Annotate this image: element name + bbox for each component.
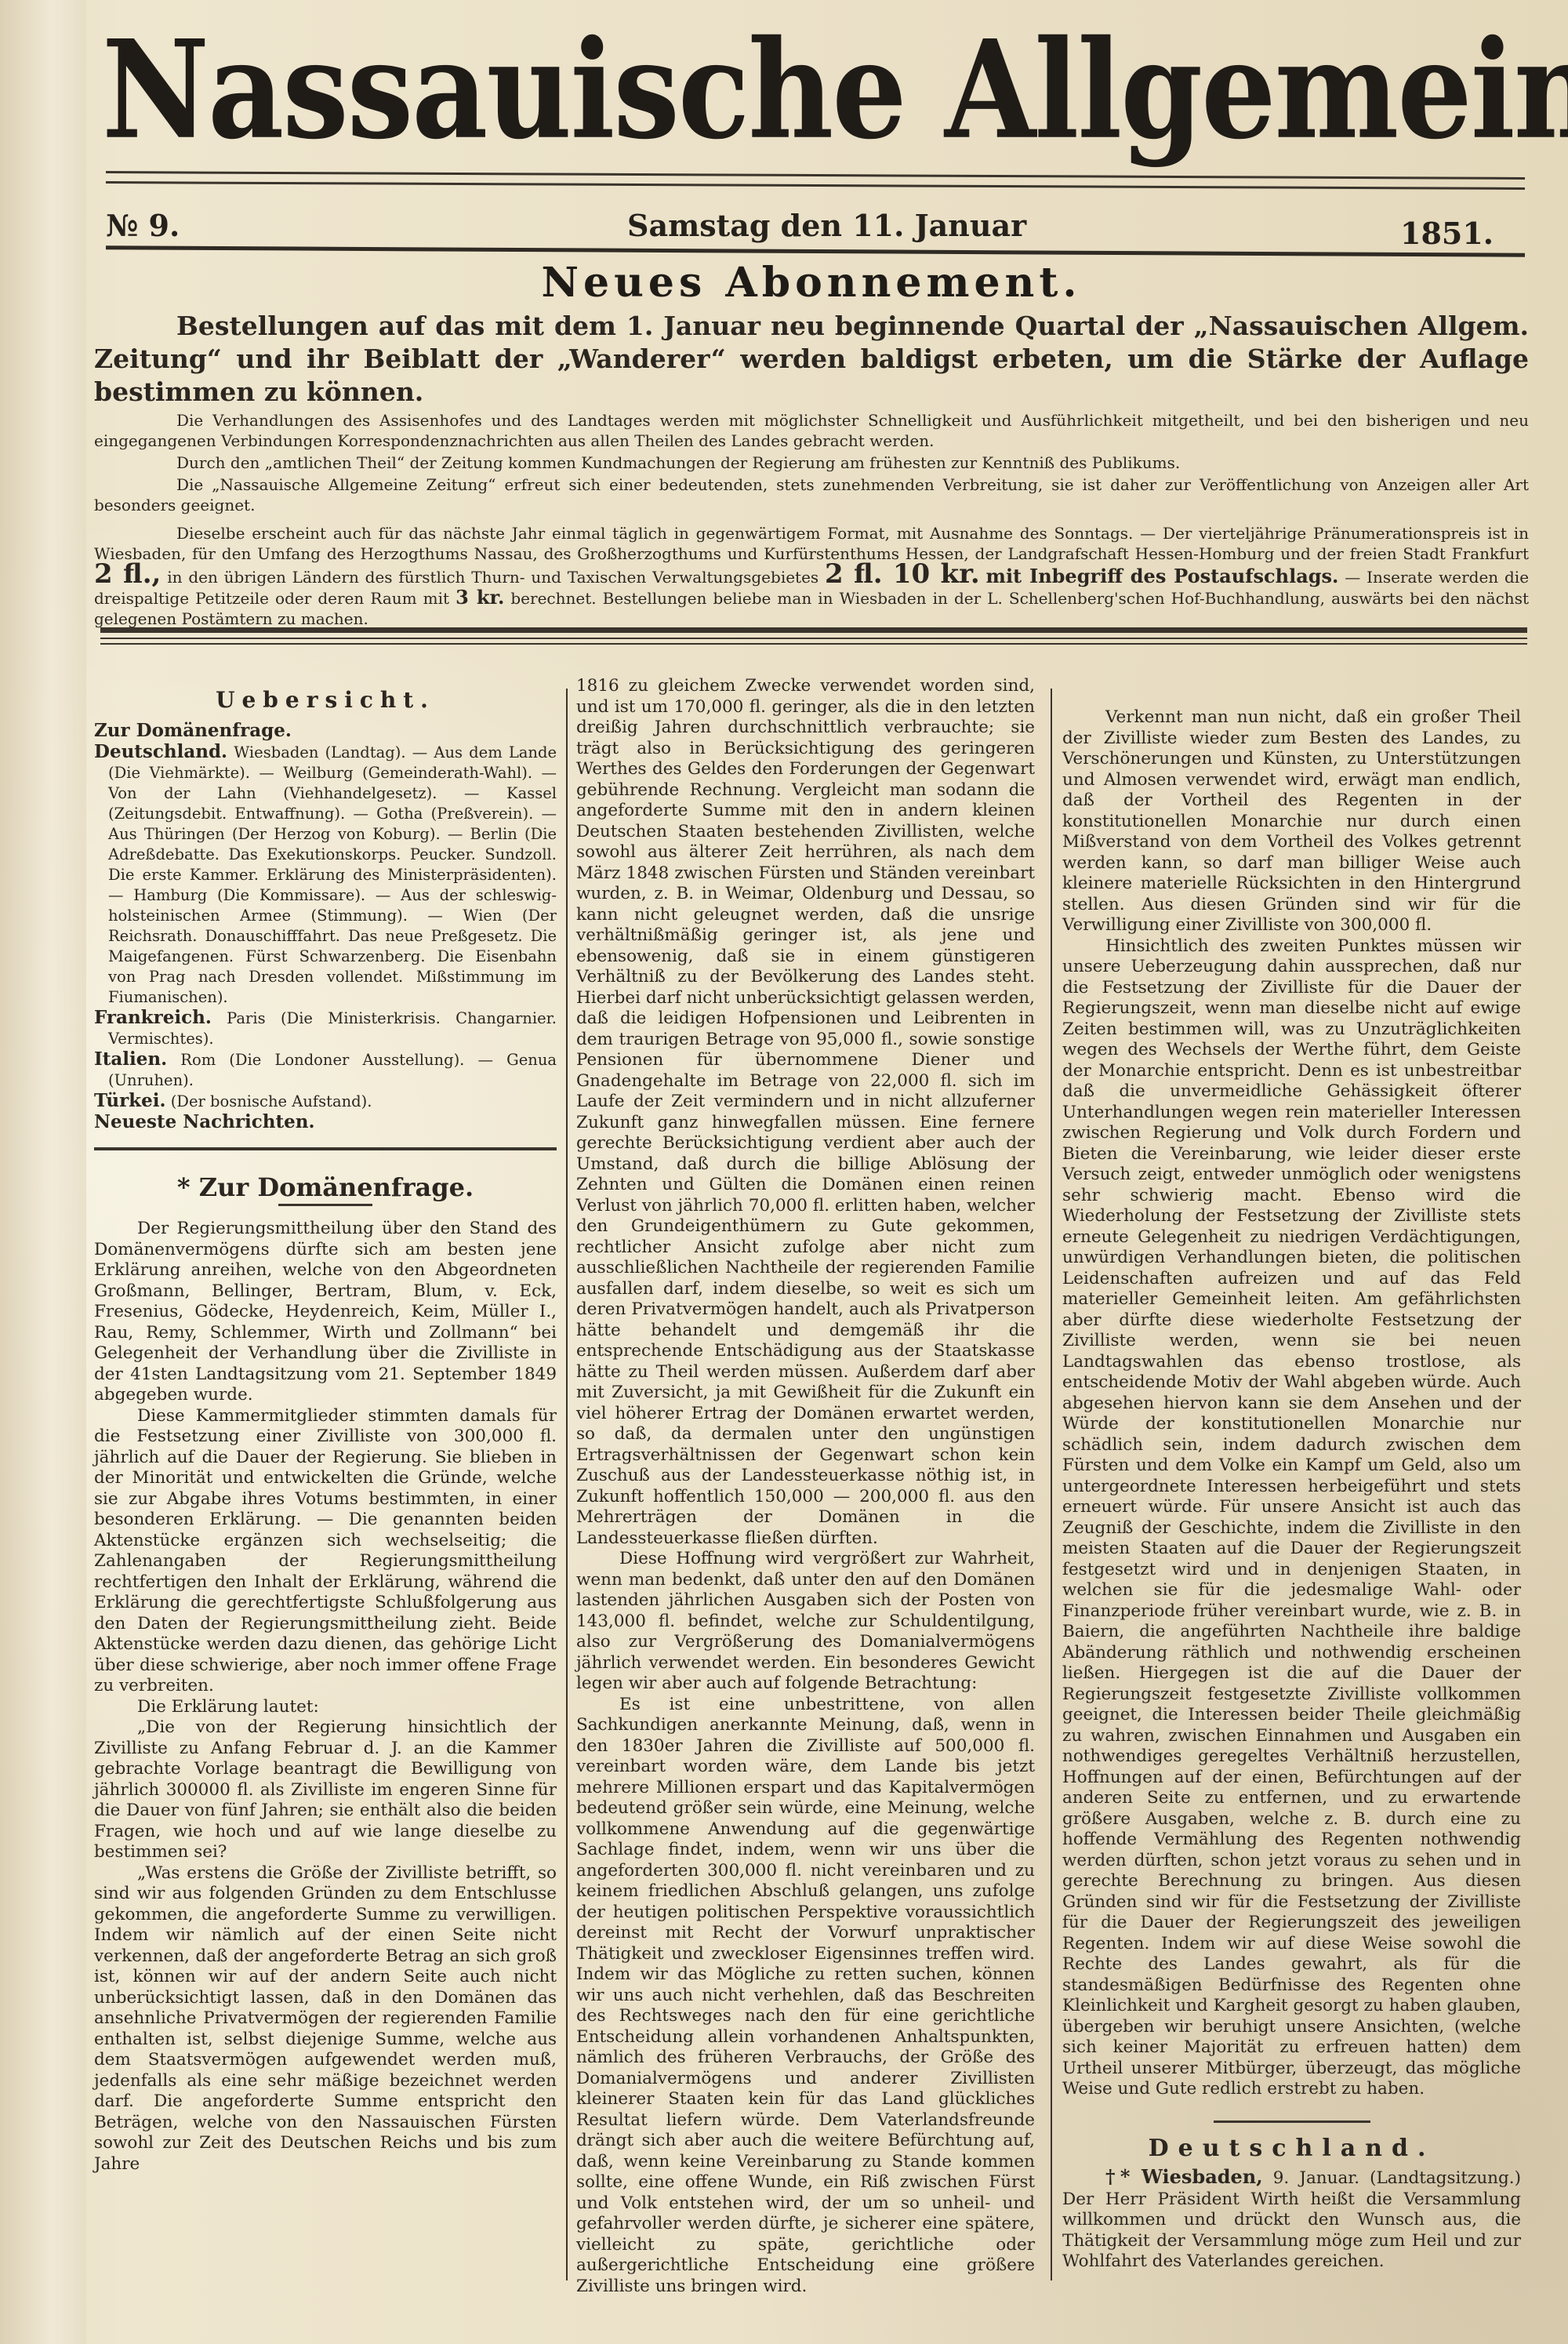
dispatch-location: †* Wiesbaden, xyxy=(1105,2165,1263,2188)
overview-item: Italien. Rom (Die Londoner Ausstellung).… xyxy=(94,1049,557,1091)
dispatch-date: 9. Januar. (Landtagsitzung.) xyxy=(1273,2168,1521,2188)
article-paragraph: Die Erklärung lautet: xyxy=(94,1697,557,1718)
dateline: № 9. Samstag den 11. Januar 1851. xyxy=(106,200,1525,247)
overview-item: Deutschland. Wiesbaden (Landtag). — Aus … xyxy=(94,742,557,1008)
subscription-paragraph: Durch den „amtlichen Theil“ der Zeitung … xyxy=(94,452,1529,473)
germany-heading: Deutschland. xyxy=(1062,2139,1521,2160)
overview-item: Frankreich. Paris (Die Ministerkrisis. C… xyxy=(94,1008,557,1049)
newspaper-title: Nassauische Allgemeine Zeitung. xyxy=(102,0,1568,185)
article-paragraph: 1816 zu gleichem Zwecke verwendet worden… xyxy=(576,676,1035,1549)
overview-divider xyxy=(94,1147,557,1150)
issue-date: Samstag den 11. Januar xyxy=(627,208,1026,243)
dateline-rule xyxy=(106,245,1525,256)
insert-price: 3 kr. xyxy=(456,586,504,609)
article-paragraph: Diese Hoffnung wird vergrößert zur Wahrh… xyxy=(576,1549,1035,1695)
overview-item: Neueste Nachrichten. xyxy=(94,1112,557,1133)
subscription-title: Neues Abonnement. xyxy=(94,259,1529,307)
issue-year: 1851. xyxy=(1400,216,1494,251)
subscription-price-paragraph: Dieselbe erscheint auch für das nächste … xyxy=(94,523,1529,629)
issue-number: № 9. xyxy=(106,208,180,243)
column-middle: 1816 zu gleichem Zwecke verwendet worden… xyxy=(576,676,1035,2297)
title-rule xyxy=(278,1204,372,1206)
column-left: Uebersicht. Zur Domänenfrage. Deutschlan… xyxy=(94,676,557,2175)
subscription-paragraph: Die Verhandlungen des Assisenhofes und d… xyxy=(94,410,1529,451)
column-right: Verkennt man nun nicht, daß ein großer T… xyxy=(1062,676,1521,2273)
article-paragraph: Verkennt man nun nicht, daß ein großer T… xyxy=(1062,707,1521,936)
dispatch-paragraph: †* Wiesbaden, 9. Januar. (Landtagsitzung… xyxy=(1062,2167,1521,2273)
article-paragraph: Diese Kammermitglieder stimmten damals f… xyxy=(94,1406,557,1697)
subscription-notice: Neues Abonnement. Bestellungen auf das m… xyxy=(94,259,1529,629)
article-end-rule xyxy=(1214,2121,1370,2123)
masthead: Nassauische Allgemeine Zeitung. xyxy=(102,8,1529,173)
newspaper-page: Nassauische Allgemeine Zeitung. № 9. Sam… xyxy=(0,0,1568,2344)
price-domestic: 2 fl., xyxy=(94,558,161,590)
column-rule xyxy=(566,689,568,2280)
article-paragraph: „Was erstens die Größe der Zivilliste be… xyxy=(94,1863,557,2175)
article-paragraph: Hinsichtlich des zweiten Punktes müssen … xyxy=(1062,936,1521,2100)
overview-heading: Uebersicht. xyxy=(94,690,557,711)
page-fold-shadow xyxy=(0,0,86,2344)
article-title: * Zur Domänenfrage. xyxy=(94,1177,557,1198)
column-rule xyxy=(1051,689,1052,2280)
subscription-paragraph: Die „Nassauische Allgemeine Zeitung“ erf… xyxy=(94,474,1529,515)
article-paragraph: „Die von der Regierung hinsichtlich der … xyxy=(94,1717,557,1863)
section-divider xyxy=(100,627,1527,645)
dispatch-text: Der Herr Präsident Wirth heißt die Versa… xyxy=(1062,2190,1521,2272)
price-foreign: 2 fl. 10 kr. xyxy=(825,558,980,590)
overview-item: Zur Domänenfrage. xyxy=(94,721,557,742)
article-paragraph: Es ist eine unbestrittene, von allen Sac… xyxy=(576,1695,1035,2298)
subscription-lead: Bestellungen auf das mit dem 1. Januar n… xyxy=(94,310,1529,409)
article-paragraph: Der Regierungsmittheilung über den Stand… xyxy=(94,1219,557,1406)
overview-item: Türkei. (Der bosnische Aufstand). xyxy=(94,1091,557,1112)
